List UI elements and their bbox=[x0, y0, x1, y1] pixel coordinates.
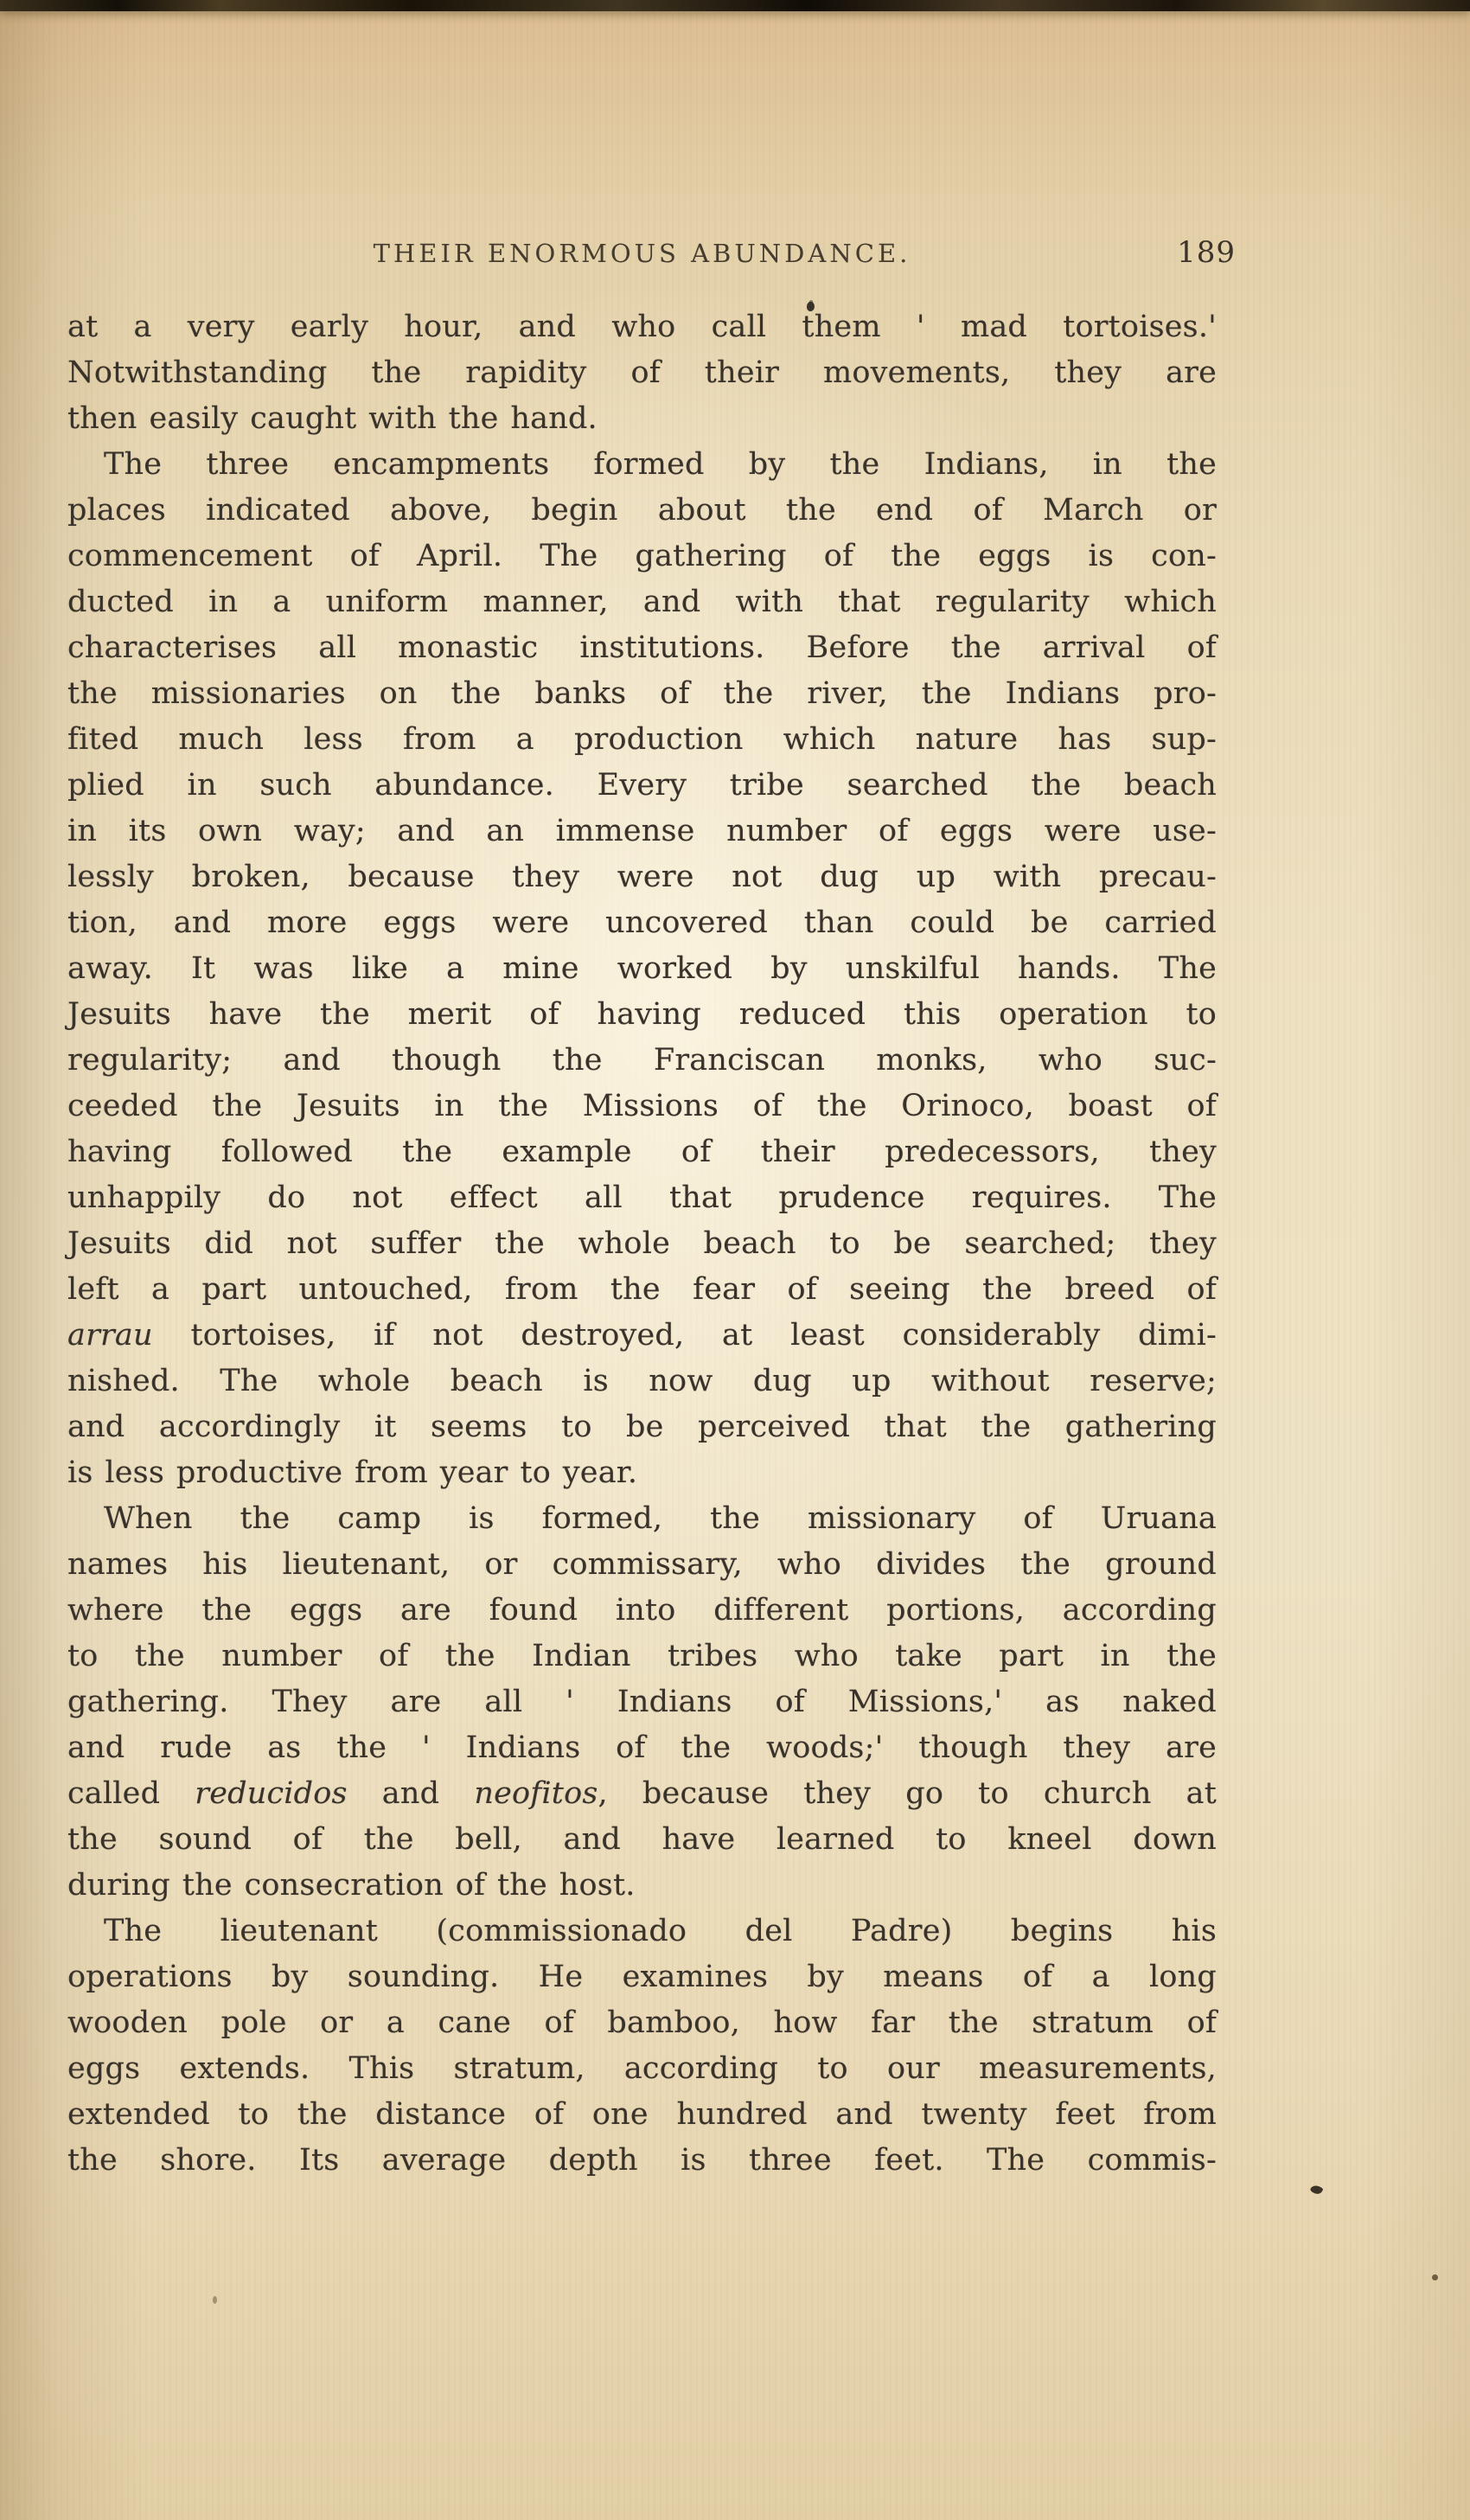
body-line: extended to the distance of one hundred … bbox=[67, 2092, 1217, 2138]
body-line-text: eggs extends. This stratum, according to… bbox=[67, 2051, 1217, 2086]
body-line: the sound of the bell, and have learned … bbox=[67, 1817, 1217, 1863]
paper-speck bbox=[213, 2296, 217, 2304]
italic-term: reducidos bbox=[195, 1776, 347, 1811]
body-line: lessly broken, because they were not dug… bbox=[67, 854, 1217, 900]
scan-edge-band bbox=[0, 0, 1470, 11]
body-line-text: names his lieutenant, or commissary, who… bbox=[67, 1547, 1217, 1582]
body-line-text: The three encampments formed by the Indi… bbox=[104, 447, 1217, 482]
body-line: during the consecration of the host. bbox=[67, 1863, 1217, 1909]
running-head: THEIR ENORMOUS ABUNDANCE. 189 bbox=[67, 239, 1217, 273]
body-line: where the eggs are found into different … bbox=[67, 1588, 1217, 1634]
body-line: characterises all monastic institutions.… bbox=[67, 625, 1217, 671]
body-line-text: extended to the distance of one hundred … bbox=[67, 2097, 1217, 2132]
body-line: plied in such abundance. Every tribe sea… bbox=[67, 763, 1217, 809]
body-line-text: gathering. They are all ' Indians of Mis… bbox=[67, 1685, 1217, 1719]
body-line: nished. The whole beach is now dug up wi… bbox=[67, 1359, 1217, 1404]
italic-term: neofitos bbox=[474, 1776, 598, 1811]
body-line: wooden pole or a cane of bamboo, how far… bbox=[67, 2000, 1217, 2046]
body-line-text: the shore. Its average depth is three fe… bbox=[67, 2143, 1217, 2178]
body-line: the missionaries on the banks of the riv… bbox=[67, 671, 1217, 717]
body-line-text: The lieutenant (commissionado del Padre)… bbox=[104, 1914, 1217, 1948]
running-title: THEIR ENORMOUS ABUNDANCE. bbox=[67, 239, 1217, 268]
body-line-text: and accordingly it seems to be perceived… bbox=[67, 1410, 1217, 1444]
body-line: at a very early hour, and who call them … bbox=[67, 304, 1217, 350]
body-line-text: unhappily do not effect all that prudenc… bbox=[67, 1180, 1217, 1215]
body-line-text: tion, and more eggs were uncovered than … bbox=[67, 905, 1217, 940]
body-line: ducted in a uniform manner, and with tha… bbox=[67, 579, 1217, 625]
body-line-text: to the number of the Indian tribes who t… bbox=[67, 1639, 1217, 1673]
body-line-text: nished. The whole beach is now dug up wi… bbox=[67, 1364, 1217, 1398]
body-text: at a very early hour, and who call them … bbox=[67, 304, 1217, 2184]
body-line-text: and bbox=[348, 1776, 475, 1811]
body-line-text: away. It was like a mine worked by unski… bbox=[67, 951, 1217, 986]
body-line: then easily caught with the hand. bbox=[67, 396, 1217, 442]
body-line: fited much less from a production which … bbox=[67, 717, 1217, 763]
body-line-text: Notwithstanding the rapidity of their mo… bbox=[67, 355, 1217, 390]
body-line-text: plied in such abundance. Every tribe sea… bbox=[67, 768, 1217, 803]
body-line-text: regularity; and though the Franciscan mo… bbox=[67, 1043, 1217, 1078]
body-line-text: called bbox=[67, 1776, 195, 1811]
body-line: Notwithstanding the rapidity of their mo… bbox=[67, 350, 1217, 396]
body-line-text: the sound of the bell, and have learned … bbox=[67, 1822, 1217, 1857]
body-line-text: is less productive from year to year. bbox=[67, 1455, 637, 1490]
body-line: commencement of April. The gathering of … bbox=[67, 534, 1217, 579]
body-line-text: ducted in a uniform manner, and with tha… bbox=[67, 585, 1217, 619]
body-line: in its own way; and an immense number of… bbox=[67, 809, 1217, 854]
body-line: The lieutenant (commissionado del Padre)… bbox=[67, 1909, 1217, 1954]
italic-term: arrau bbox=[67, 1318, 153, 1353]
body-line: The three encampments formed by the Indi… bbox=[67, 442, 1217, 488]
body-line-text: in its own way; and an immense number of… bbox=[67, 814, 1217, 848]
body-line-text: places indicated above, begin about the … bbox=[67, 493, 1217, 528]
body-line: names his lieutenant, or commissary, who… bbox=[67, 1542, 1217, 1588]
body-line: places indicated above, begin about the … bbox=[67, 488, 1217, 534]
body-line: eggs extends. This stratum, according to… bbox=[67, 2046, 1217, 2092]
page-number: 189 bbox=[1177, 235, 1236, 270]
body-line-text: operations by sounding. He examines by m… bbox=[67, 1960, 1217, 1994]
body-line: gathering. They are all ' Indians of Mis… bbox=[67, 1679, 1217, 1725]
body-line-text: at a very early hour, and who call them … bbox=[67, 310, 1217, 344]
body-line-text: wooden pole or a cane of bamboo, how far… bbox=[67, 2005, 1217, 2040]
body-line-text: lessly broken, because they were not dug… bbox=[67, 860, 1217, 894]
body-line: away. It was like a mine worked by unski… bbox=[67, 946, 1217, 992]
body-line-text: characterises all monastic institutions.… bbox=[67, 630, 1217, 665]
body-line-text: tortoises, if not destroyed, at least co… bbox=[153, 1318, 1217, 1353]
body-line-text: Jesuits have the merit of having reduced… bbox=[67, 997, 1217, 1032]
body-line: and rude as the ' Indians of the woods;'… bbox=[67, 1725, 1217, 1771]
body-line: operations by sounding. He examines by m… bbox=[67, 1954, 1217, 2000]
body-line-text: and rude as the ' Indians of the woods;'… bbox=[67, 1730, 1217, 1765]
body-line-text: fited much less from a production which … bbox=[67, 722, 1217, 757]
body-line-text: the missionaries on the banks of the riv… bbox=[67, 676, 1217, 711]
body-line-text: commencement of April. The gathering of … bbox=[67, 539, 1217, 573]
body-line-text: then easily caught with the hand. bbox=[67, 401, 598, 436]
body-line: tion, and more eggs were uncovered than … bbox=[67, 900, 1217, 946]
book-page: THEIR ENORMOUS ABUNDANCE. 189 at a very … bbox=[0, 0, 1470, 2520]
paper-speck bbox=[1432, 2274, 1438, 2280]
body-line: Jesuits have the merit of having reduced… bbox=[67, 992, 1217, 1038]
body-line: regularity; and though the Franciscan mo… bbox=[67, 1038, 1217, 1084]
body-line-text: having followed the example of their pre… bbox=[67, 1135, 1217, 1169]
body-line-text: where the eggs are found into different … bbox=[67, 1593, 1217, 1628]
body-line-text: during the consecration of the host. bbox=[67, 1868, 636, 1903]
body-line: to the number of the Indian tribes who t… bbox=[67, 1634, 1217, 1679]
body-line-text: Jesuits did not suffer the whole beach t… bbox=[67, 1226, 1217, 1261]
body-line-text: ceeded the Jesuits in the Missions of th… bbox=[67, 1089, 1217, 1123]
body-line: and accordingly it seems to be perceived… bbox=[67, 1404, 1217, 1450]
body-line: is less productive from year to year. bbox=[67, 1450, 1217, 1496]
body-line: having followed the example of their pre… bbox=[67, 1129, 1217, 1175]
body-line: Jesuits did not suffer the whole beach t… bbox=[67, 1221, 1217, 1267]
body-line: arrau tortoises, if not destroyed, at le… bbox=[67, 1313, 1217, 1359]
body-line: left a part untouched, from the fear of … bbox=[67, 1267, 1217, 1313]
ink-speck bbox=[1309, 2183, 1323, 2196]
body-line: ceeded the Jesuits in the Missions of th… bbox=[67, 1084, 1217, 1129]
body-line-text: , because they go to church at bbox=[598, 1776, 1217, 1811]
body-line-text: When the camp is formed, the missionary … bbox=[104, 1501, 1217, 1536]
body-line: called reducidos and neofitos, because t… bbox=[67, 1771, 1217, 1817]
body-line-text: left a part untouched, from the fear of … bbox=[67, 1272, 1217, 1307]
body-line: When the camp is formed, the missionary … bbox=[67, 1496, 1217, 1542]
body-line: the shore. Its average depth is three fe… bbox=[67, 2138, 1217, 2184]
body-line: unhappily do not effect all that prudenc… bbox=[67, 1175, 1217, 1221]
